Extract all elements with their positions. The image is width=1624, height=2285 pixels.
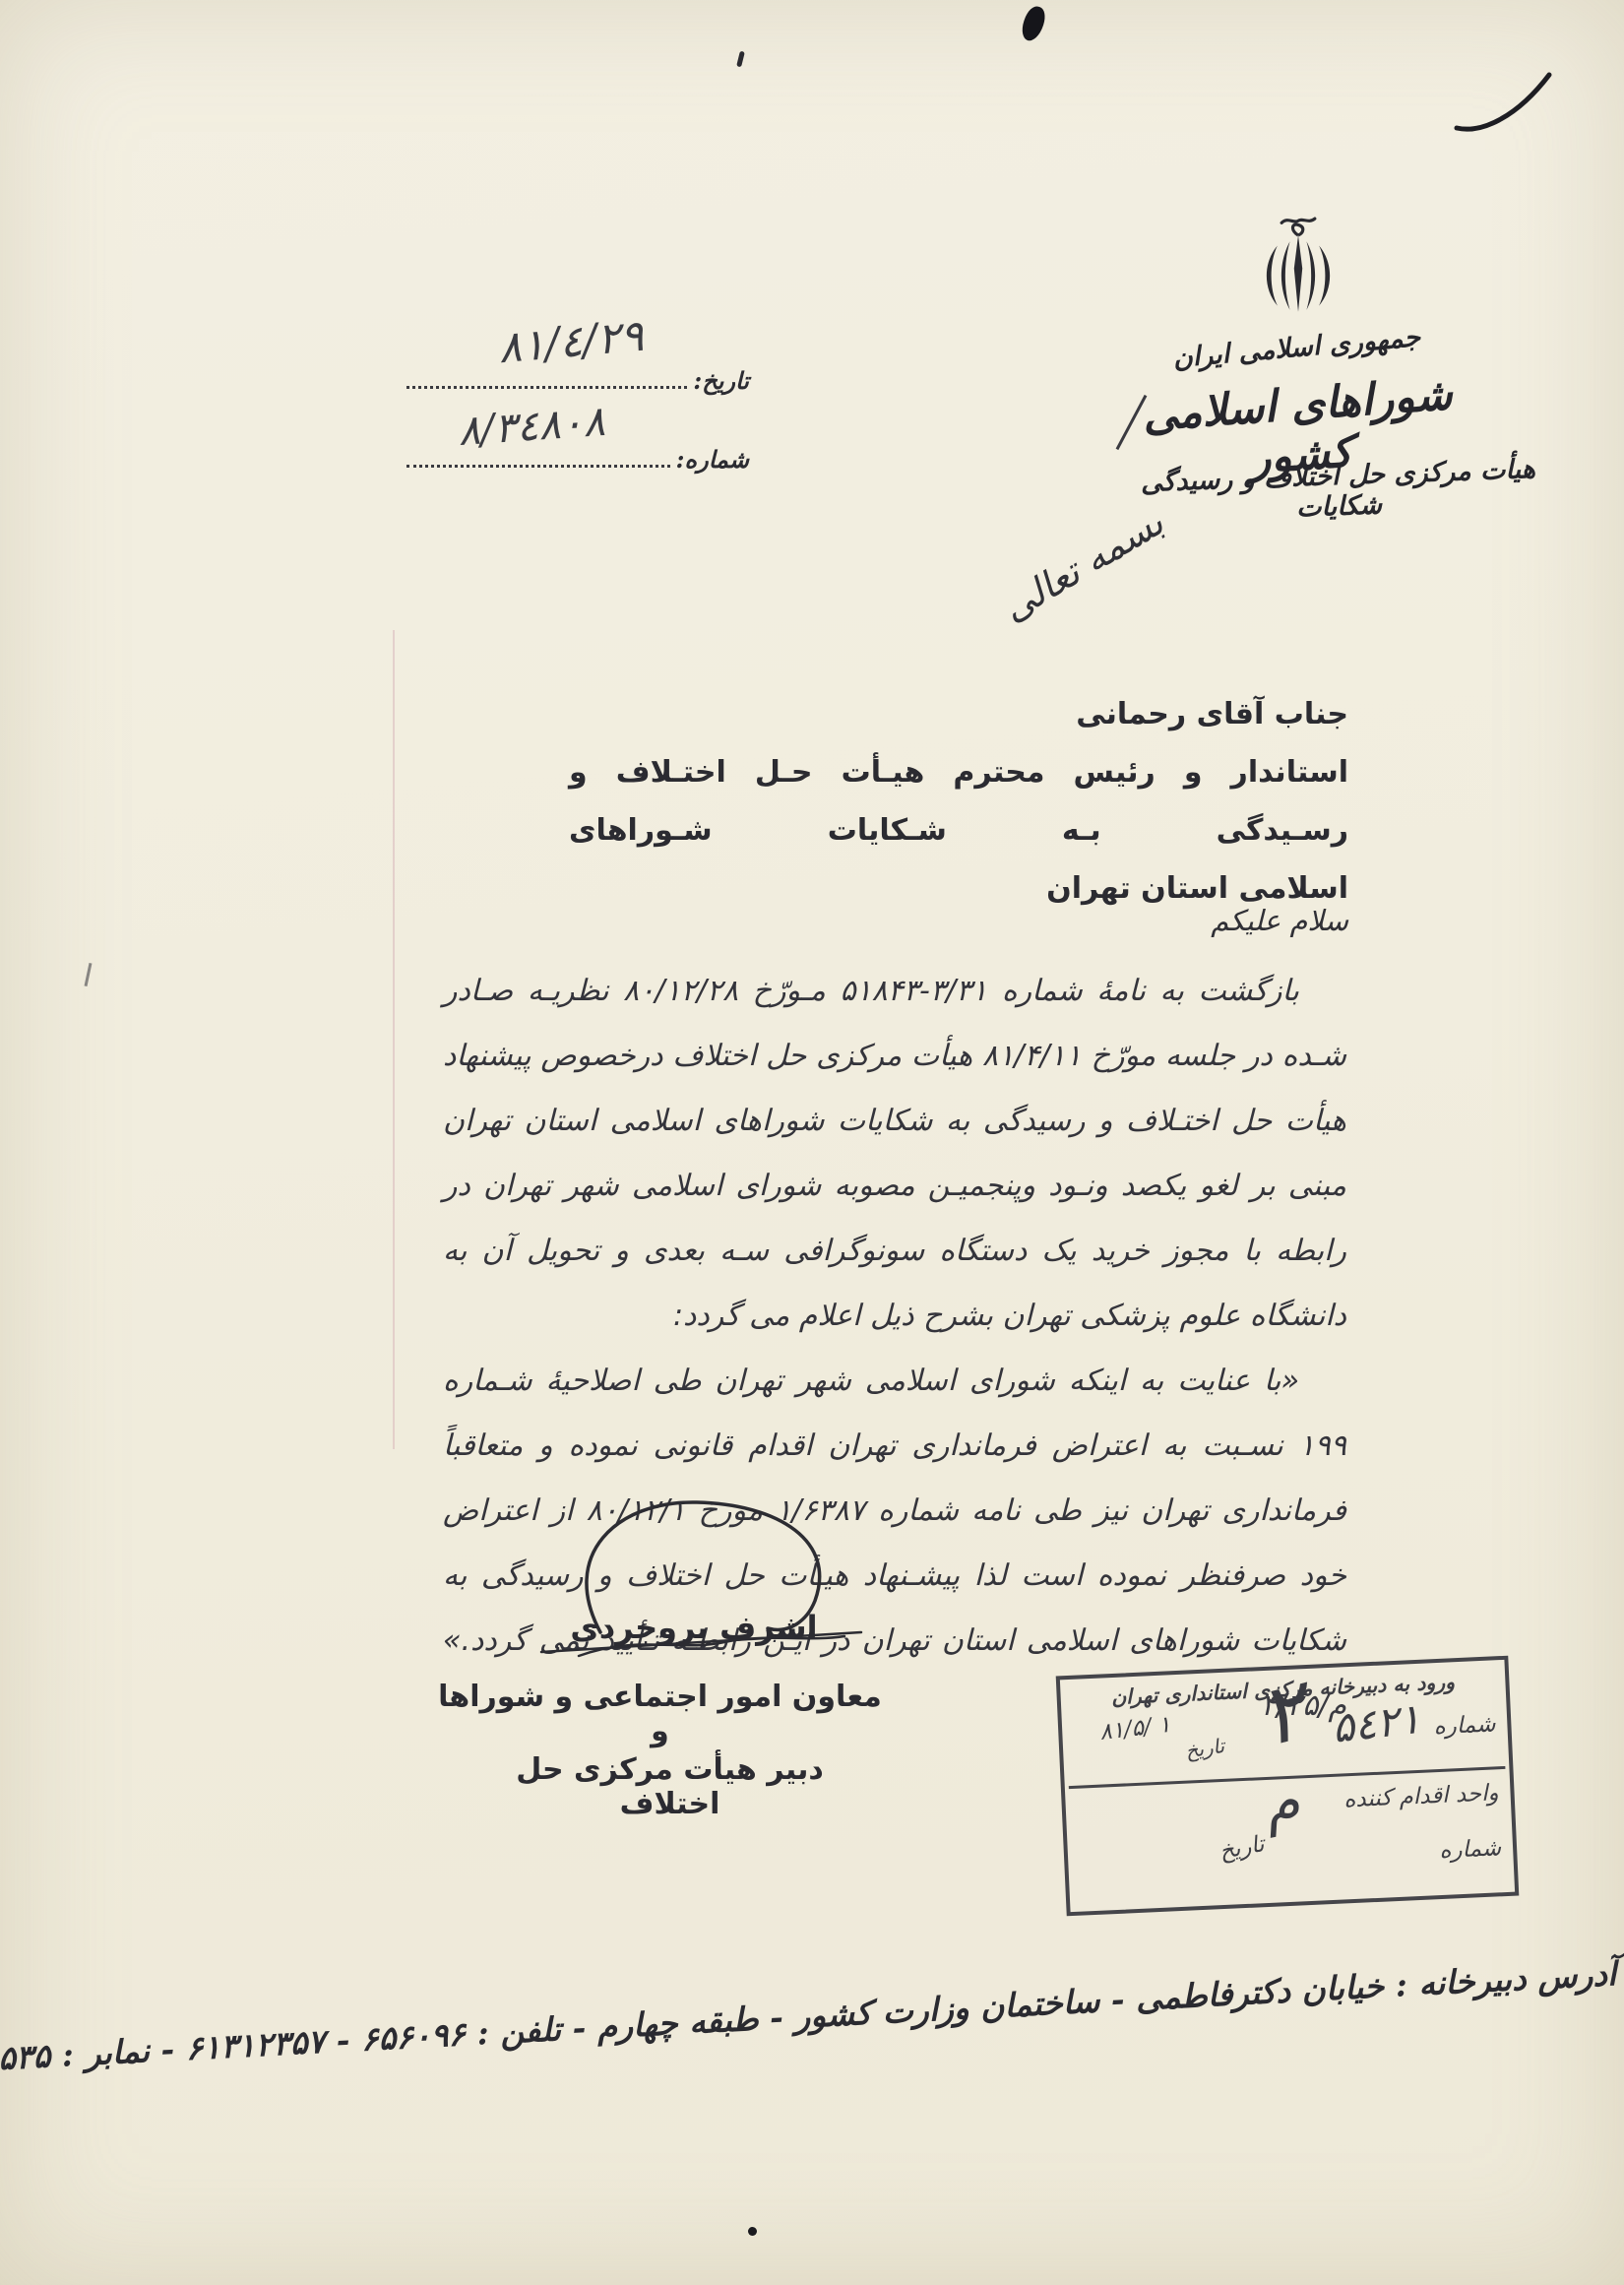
signer-title-1: معاون امور اجتماعی و شوراها و bbox=[431, 1680, 889, 1748]
stamp-unit-label: واحد اقدام کننده bbox=[1343, 1780, 1499, 1812]
scan-speck bbox=[736, 51, 745, 68]
recipient-title-line: استاندار و رئیس محترم هیـأت حـل اختـلاف … bbox=[569, 743, 1348, 859]
date-label: تاریخ: bbox=[693, 366, 749, 395]
stamp-date-handwritten: ۸۱/۵/ ۱ bbox=[1098, 1712, 1172, 1745]
signer-title-2: دبیر هیأت مرکزی حل اختلاف bbox=[470, 1752, 869, 1821]
scan-pen-hook bbox=[1453, 69, 1555, 152]
scan-edge-mark bbox=[85, 963, 93, 986]
recipient-name: جناب آقای رحمانی bbox=[569, 685, 1348, 743]
scan-dot bbox=[748, 2227, 757, 2236]
secretariat-entry-stamp: ورود به دبیرخانه مرکزی استانداری تهران ش… bbox=[1056, 1656, 1520, 1917]
stamp-unit-handwritten: م bbox=[1259, 1770, 1304, 1835]
stamp-number-label: شماره bbox=[1433, 1711, 1496, 1740]
scanned-letter-page: جمهوری اسلامی ایران شوراهای اسلامی کشور … bbox=[0, 0, 1624, 2285]
fold-line bbox=[393, 630, 395, 1449]
salutation: سلام علیکم bbox=[1078, 904, 1348, 937]
scan-ink-blob bbox=[1019, 4, 1048, 43]
signer-name: اشرف بروجردی bbox=[546, 1609, 842, 1646]
number-dotted-line bbox=[406, 464, 670, 468]
basmala-handwritten: بسمه تعالی bbox=[974, 488, 1191, 642]
stamp-number2-label: شماره bbox=[1439, 1835, 1502, 1864]
date-dotted-line bbox=[406, 385, 687, 389]
number-label: شماره: bbox=[676, 445, 749, 474]
footer-address: آدرس دبیرخانه : خیابان دکترفاطمی - ساختم… bbox=[326, 1954, 1617, 2061]
stamp-date2-label: تاریخ bbox=[1218, 1831, 1267, 1865]
stamp-date-label: تاریخ bbox=[1184, 1734, 1226, 1763]
body-paragraph-1: بازگشت به نامهٔ شماره ۳/۳۱-۵۱۸۴۳ مـورّخ … bbox=[443, 959, 1346, 1349]
recipient-block: جناب آقای رحمانی استاندار و رئیس محترم ه… bbox=[569, 685, 1348, 918]
iran-emblem-icon bbox=[1246, 217, 1350, 333]
stamp-number-handwritten: ۵٤۲۱ bbox=[1329, 1694, 1422, 1752]
